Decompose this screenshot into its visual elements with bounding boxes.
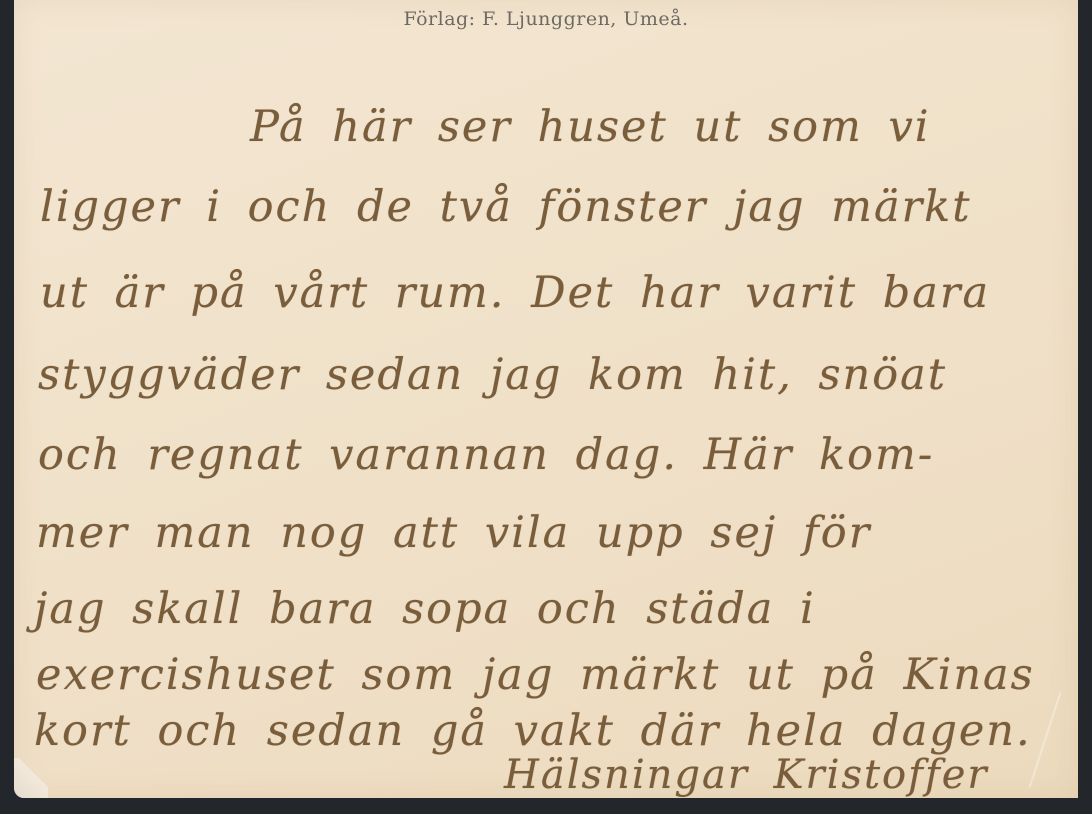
handwritten-line-1: På här ser huset ut som vi xyxy=(250,102,931,152)
handwritten-line-3: ut är på vårt rum. Det har varit bara xyxy=(40,268,990,318)
handwritten-line-5: och regnat varannan dag. Här kom- xyxy=(38,430,934,480)
publisher-imprint: Förlag: F. Ljunggren, Umeå. xyxy=(14,8,1078,30)
signature: Hälsningar Kristoffer xyxy=(504,752,989,798)
postcard: Förlag: F. Ljunggren, Umeå. På här ser h… xyxy=(14,0,1078,798)
scan-frame: Förlag: F. Ljunggren, Umeå. På här ser h… xyxy=(0,0,1092,814)
handwritten-line-2: ligger i och de två fönster jag märkt xyxy=(40,182,971,232)
handwritten-line-8: exercishuset som jag märkt ut på Kinas xyxy=(36,650,1035,700)
handwritten-line-6: mer man nog att vila upp sej för xyxy=(36,508,871,558)
paper-crease xyxy=(1029,692,1062,788)
handwritten-line-4: styggväder sedan jag kom hit, snöat xyxy=(38,350,947,400)
handwritten-line-9: kort och sedan gå vakt där hela dagen. xyxy=(34,706,1032,756)
handwritten-line-7: jag skall bara sopa och städa i xyxy=(34,584,816,634)
